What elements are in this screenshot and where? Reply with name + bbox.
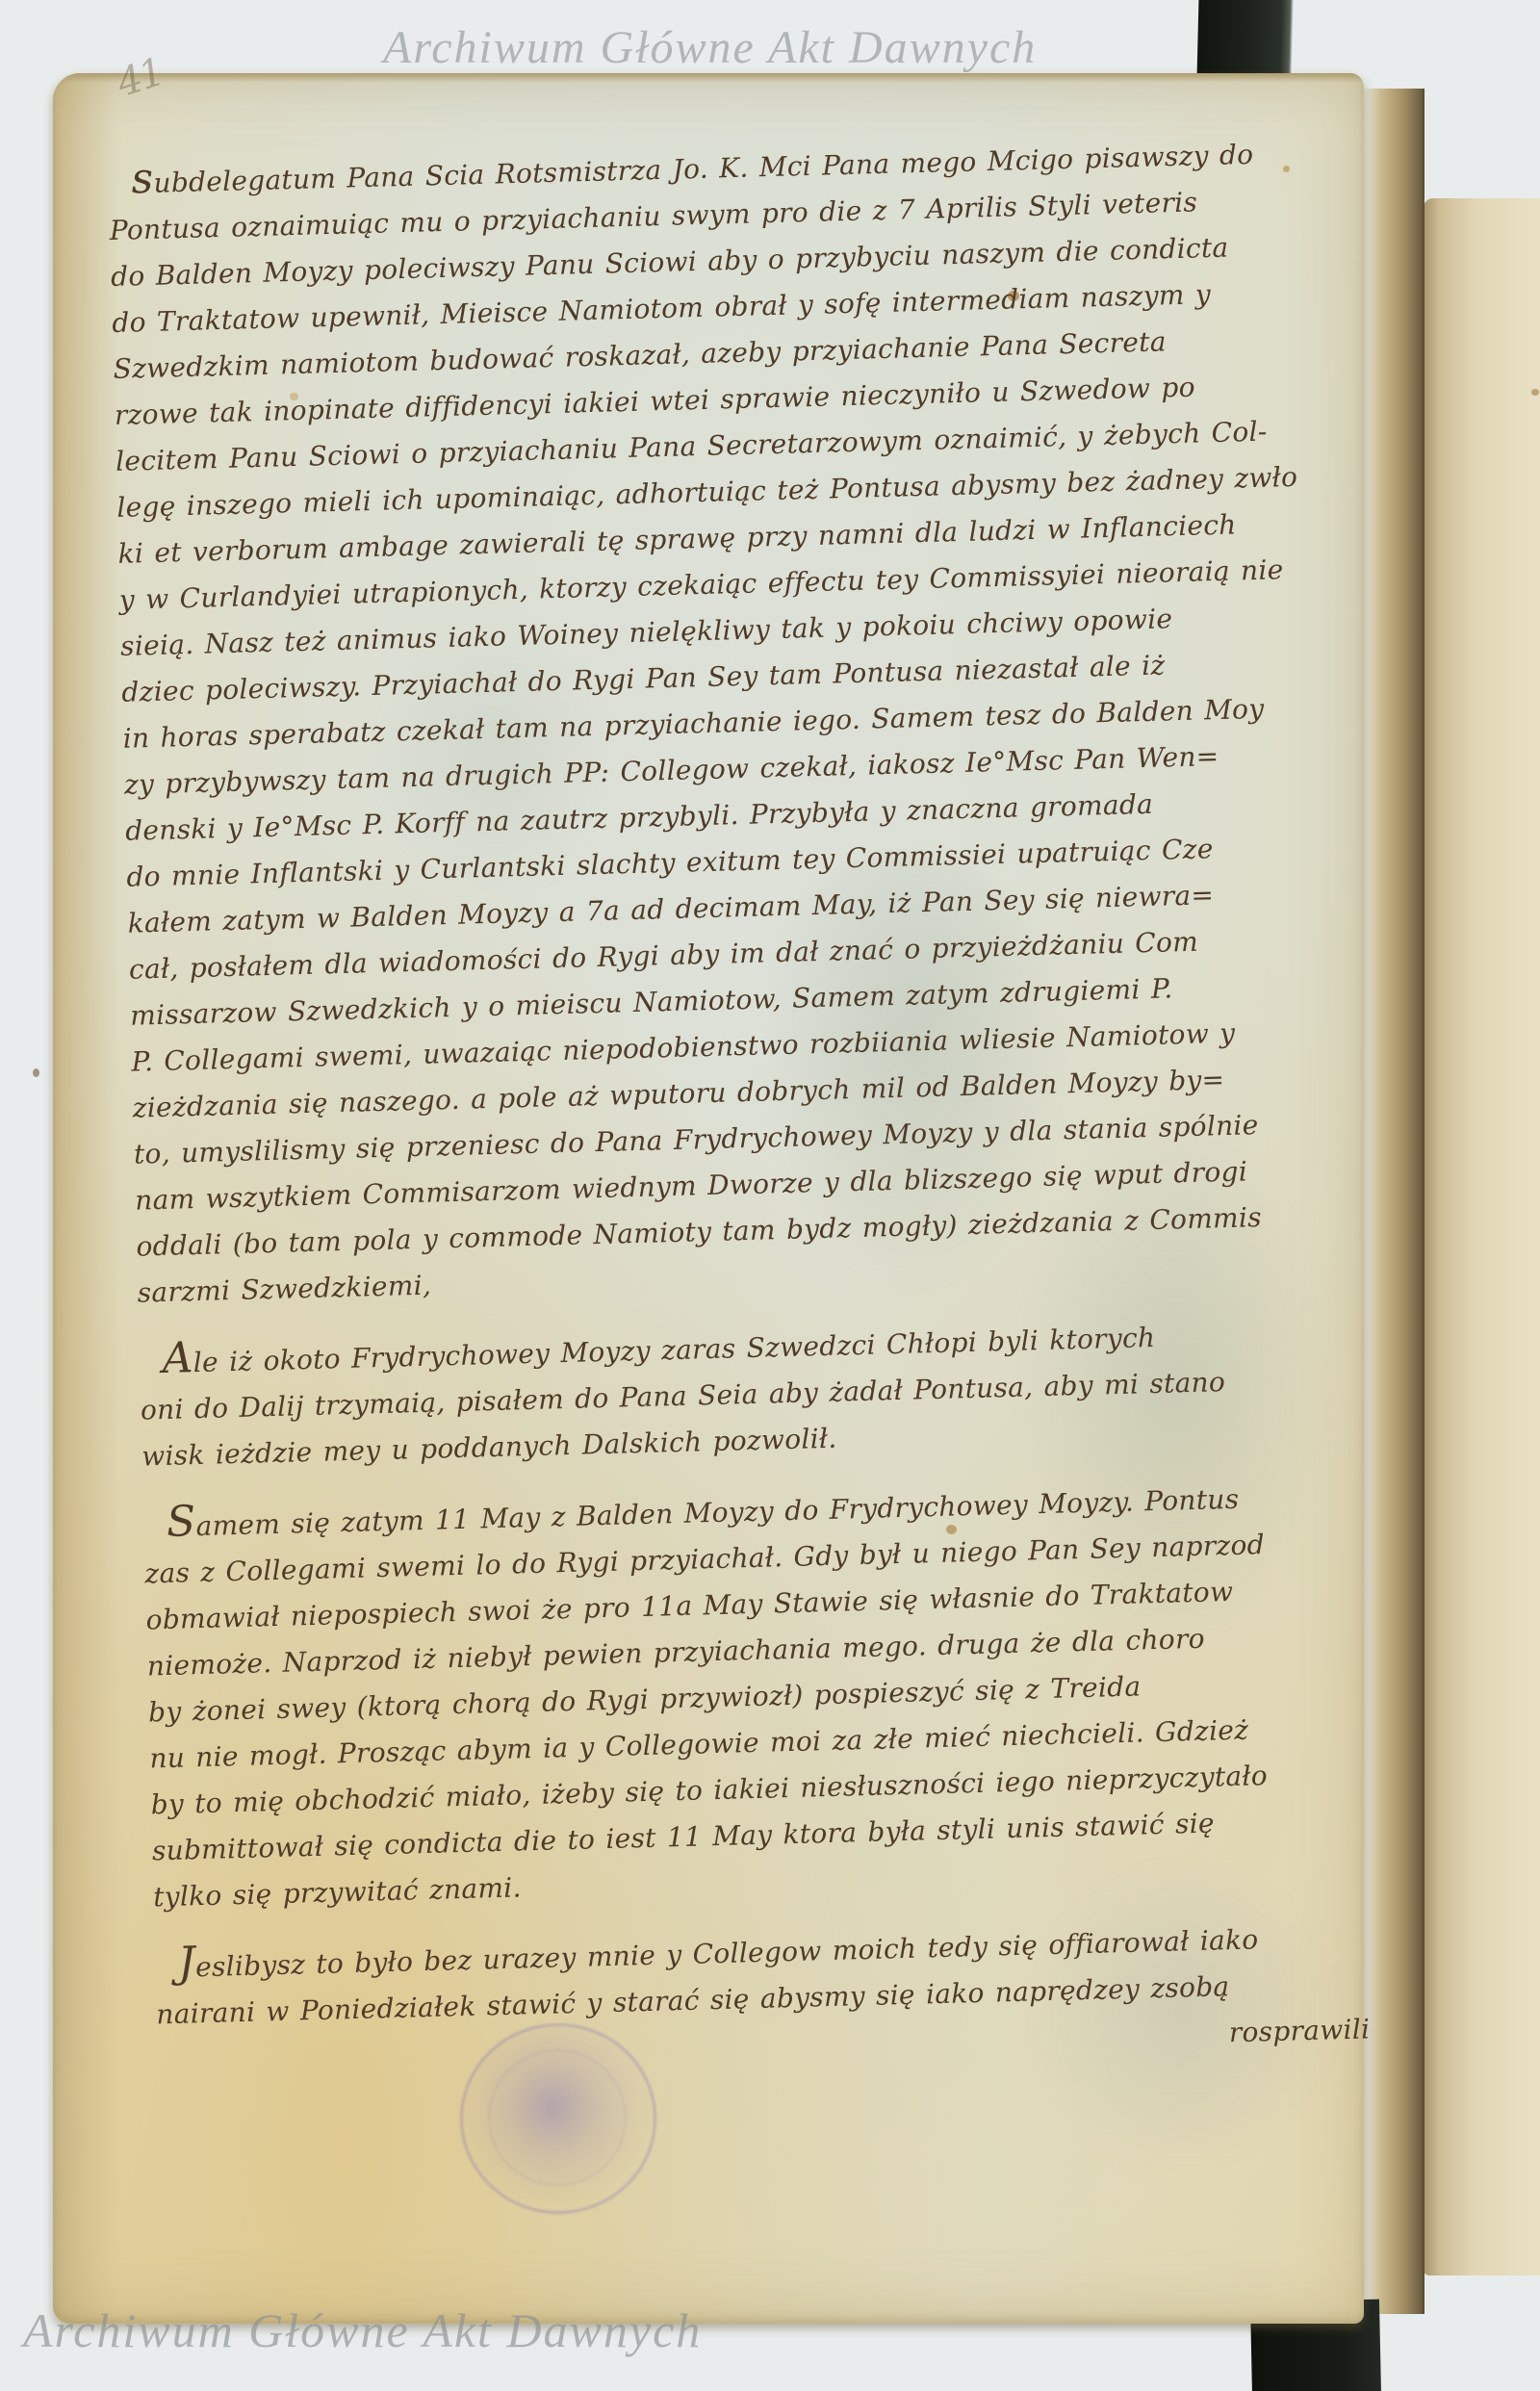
scanned-archive-page: { "archive": { "watermark_top": "Archiwu… — [0, 0, 1540, 2391]
manuscript-paragraph: Samem się zatym 11 May z Balden Moyzy do… — [143, 1472, 1405, 1920]
manuscript-paragraph: Ale iż okoto Frydrychowey Moyzy zaras Sz… — [139, 1309, 1393, 1480]
manuscript-paragraph: subdelegatum Pana Scia Rotsmistrza Jo. K… — [108, 129, 1389, 1317]
fox-spot-stain — [1531, 389, 1539, 396]
watermark-top: Archiwum Główne Akt Dawnych — [383, 21, 1037, 74]
paper-speck — [33, 1068, 39, 1077]
manuscript-text: subdelegatum Pana Scia Rotsmistrza Jo. K… — [108, 129, 1410, 2109]
adjacent-page-edge — [1424, 198, 1540, 2275]
manuscript-paragraph: Jeslibysz to było bez urazey mnie y Coll… — [155, 1913, 1409, 2084]
